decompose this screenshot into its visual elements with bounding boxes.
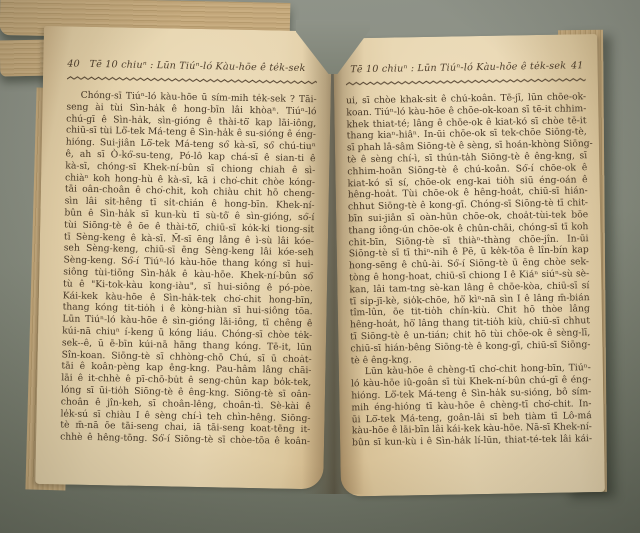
left-page-text: Chóng-sī Tiúⁿ-ló kàu-hōe ū sím-mih te̍k-… [60, 89, 317, 448]
left-running-title: Tē 10 chiuⁿ : Lūn Tiúⁿ-ló Kàu-hōe ê te̍k… [80, 59, 316, 75]
book-photo: 40 Tē 10 chiuⁿ : Lūn Tiúⁿ-ló Kàu-hōe ê t… [0, 0, 640, 533]
right-page: Tē 10 chiuⁿ : Lūn Tiúⁿ-ló Kàu-hōe ê te̍k… [333, 34, 605, 497]
left-page: 40 Tē 10 chiuⁿ : Lūn Tiúⁿ-ló Kàu-hōe ê t… [35, 26, 332, 489]
open-book: 40 Tē 10 chiuⁿ : Lūn Tiúⁿ-ló Kàu-hōe ê t… [0, 0, 640, 533]
wavy-rule [346, 77, 586, 86]
left-page-header: 40 Tē 10 chiuⁿ : Lūn Tiúⁿ-ló Kàu-hōe ê t… [67, 58, 315, 74]
right-page-header: Tē 10 chiuⁿ : Lūn Tiúⁿ-ló Kàu-hōe ê te̍k… [345, 60, 583, 75]
right-page-text: ui, sī chòe khak-si̍t ê chú-koân. Tē-jī,… [346, 91, 592, 449]
wavy-rule [67, 75, 317, 85]
left-page-number: 40 [67, 58, 80, 69]
right-running-title: Tē 10 chiuⁿ : Lūn Tiúⁿ-ló Kàu-hōe ê te̍k… [345, 60, 571, 75]
right-page-number: 41 [571, 60, 584, 71]
